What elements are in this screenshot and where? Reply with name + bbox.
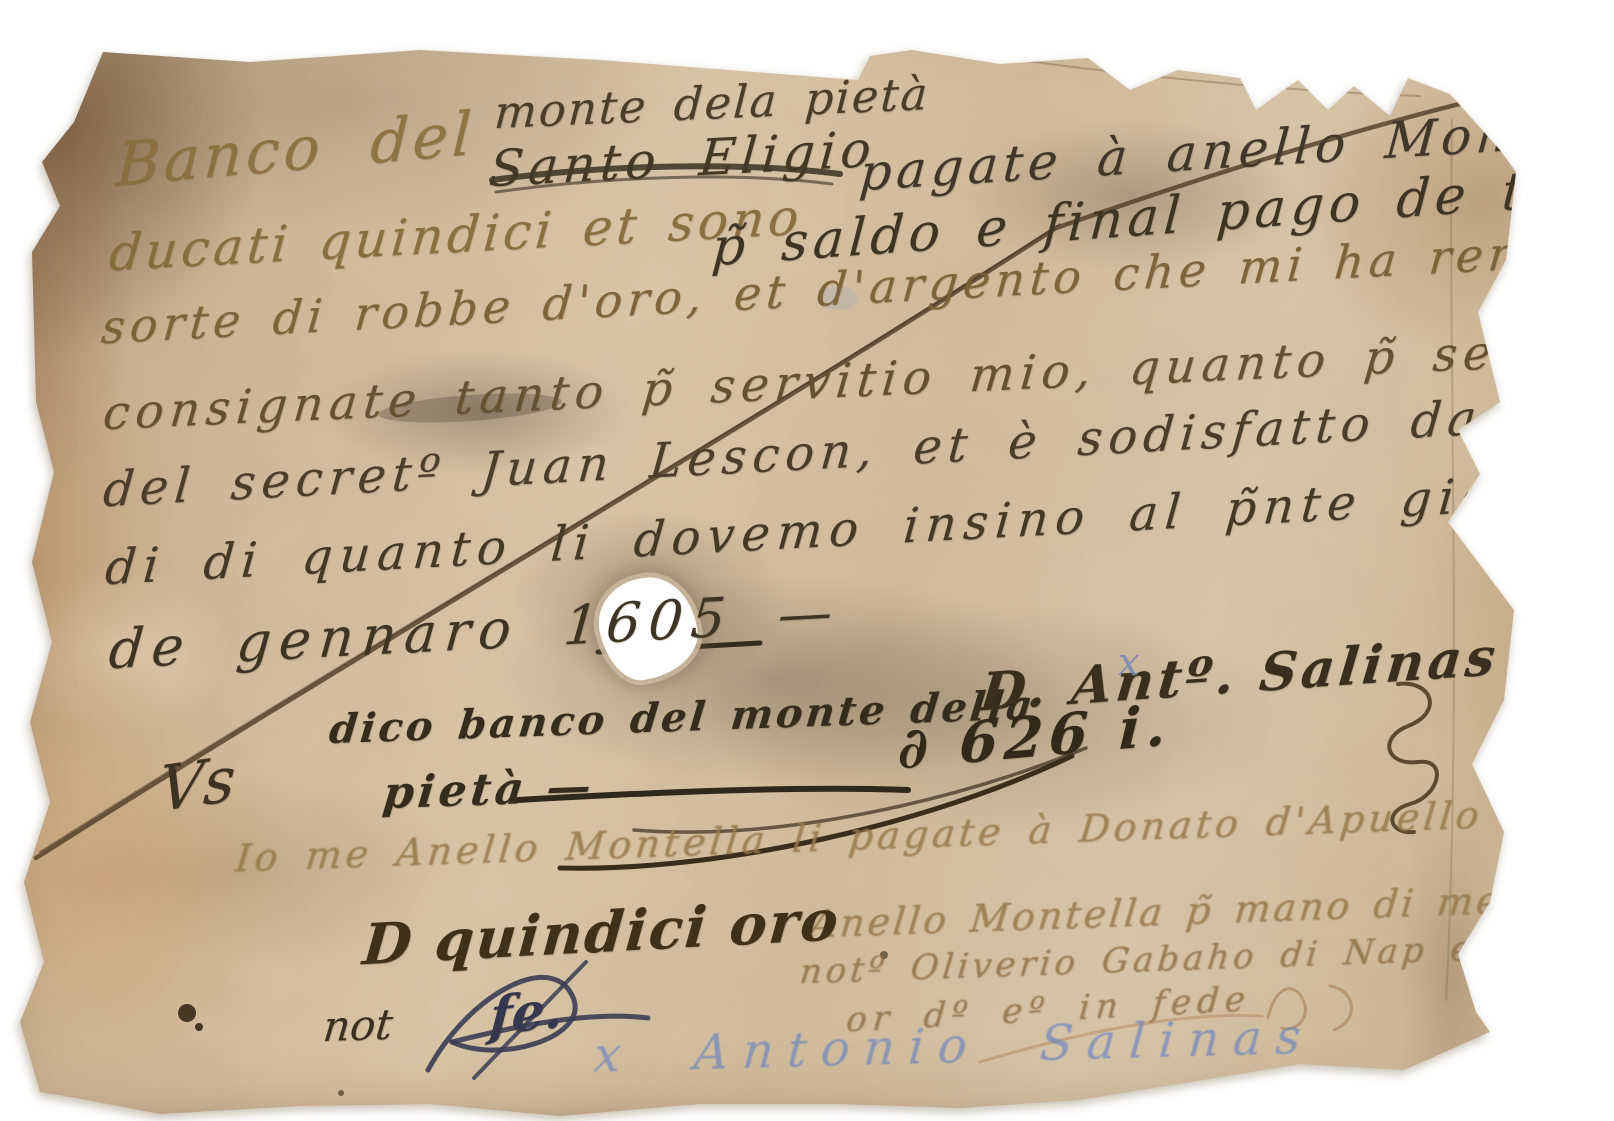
amount-words: D quindici oro (360, 887, 843, 978)
fe-mark: fe. (488, 978, 565, 1047)
endorsement-flourish-2 (1330, 986, 1352, 1030)
ink-spot-3 (413, 1110, 418, 1115)
crease-top-right (1005, 58, 1420, 96)
line-date-clause-2: de gennaro 1605 — (106, 580, 843, 682)
ink-spot-2 (338, 1090, 344, 1096)
manuscript-scan: monte dela pietà Banco del Santo Eligio … (0, 0, 1614, 1121)
pencil-x-mark: x (1118, 640, 1139, 684)
ink-blot (178, 1004, 196, 1022)
pencil-attribution: x Antonio Salinas (592, 1009, 1317, 1084)
line-bank-restated-2: pietà — (381, 761, 598, 820)
signature: D. Antº. Salinas (978, 626, 1503, 724)
paper-sheet: monte dela pietà Banco del Santo Eligio … (0, 0, 1614, 1121)
ink-blot-small (195, 1023, 203, 1031)
line-opening-bank-name: Banco del (114, 99, 477, 201)
notary-mark: not (321, 1000, 395, 1052)
margin-mark-vs: Vs (157, 741, 238, 826)
